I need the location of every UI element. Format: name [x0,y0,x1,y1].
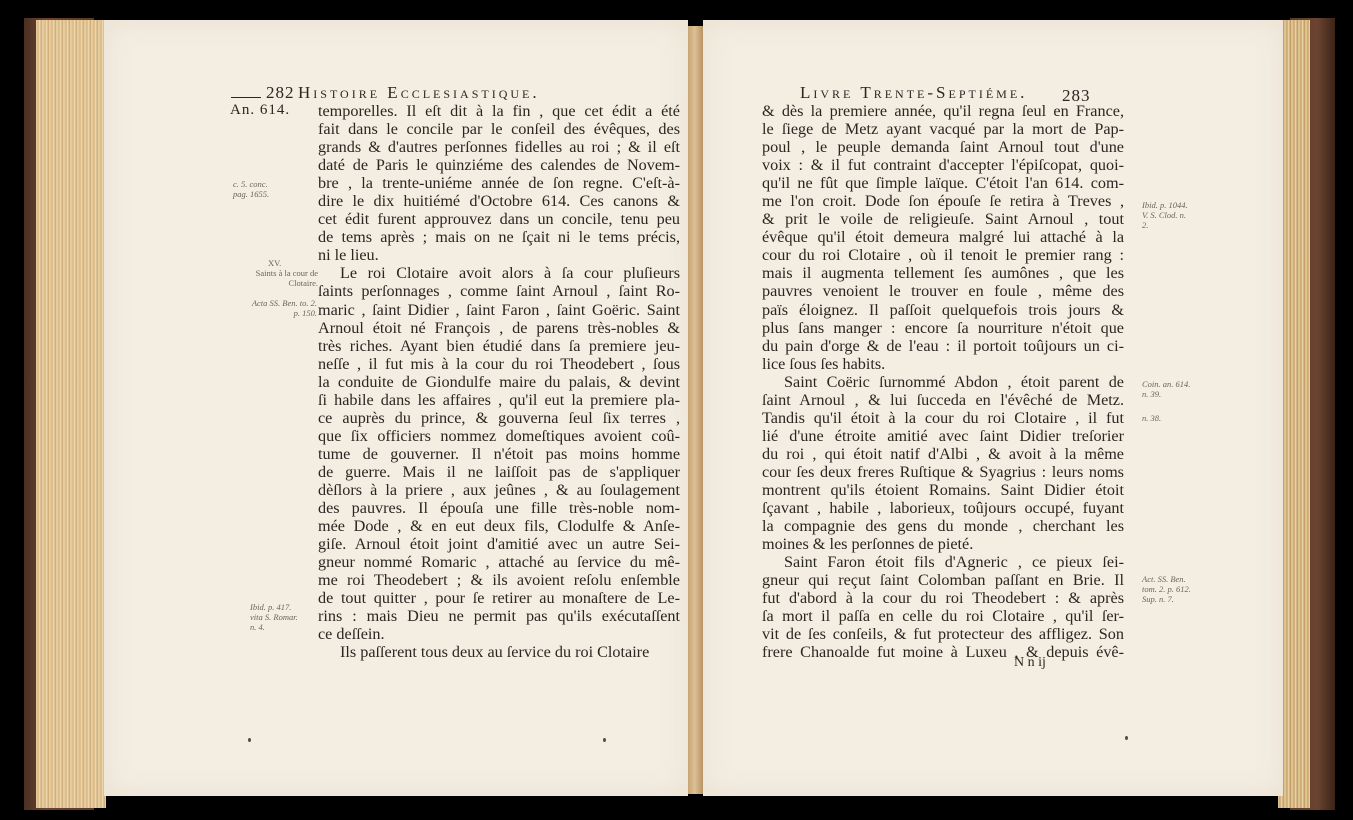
year-label: An. 614. [230,102,290,119]
text-line: Arnoul étoit né François , de parens trè… [318,319,680,337]
text-line: gneur qui reçut ſaint Colomban paſſant e… [762,571,1124,589]
text-line: ce deſſein. [318,625,680,643]
margin-note-section: XV. [268,258,298,268]
text-line: qu'il ne fût que ſimple laïque. C'étoit … [762,174,1124,192]
text-line: la conduite de Giondulfe maire du palais… [318,373,680,391]
text-line: neſſe , il fut mis à la cour du roi Theo… [318,355,680,373]
text-line: Tandis qu'il étoit à la cour du roi Clot… [762,409,1124,427]
text-line: cet édit furent approuvez dans un concil… [318,210,680,228]
margin-note-ref: Acta SS. Ben. to. 2. p. 150. [249,298,317,318]
text-line: mais il augmenta tellement ſes aumônes ,… [762,264,1124,282]
signature-mark: N n ij [1014,655,1046,671]
text-line: lice ſous ſes habits. [762,355,1124,373]
text-line: moines & les perſonnes de pieté. [762,535,1124,553]
text-line: de tems après ; mais on ne ſçait ni le t… [318,228,680,246]
text-line: giſe. Arnoul étoit joint d'amitié avec u… [318,535,680,553]
margin-note: n. 38. [1142,413,1192,423]
text-line: & prit le voile de religieuſe. Saint Arn… [762,210,1124,228]
left-page-body: temporelles. Il eſt dit à la fin , que c… [318,102,680,661]
text-line: des pauvres. Il épouſa une fille très-no… [318,499,680,517]
left-running-head-text: Histoire Ecclesiastique. [298,83,540,102]
margin-note: Act. SS. Ben. tom. 2. p. 612. Sup. n. 7. [1142,574,1198,604]
text-line: de guerre. Mais il ne laiſſoit pas de s'… [318,463,680,481]
text-line: fait dans le concile par le conſeil des … [318,120,680,138]
text-line: voix : & il fut contraint d'accepter l'é… [762,156,1124,174]
text-line: me l'on croit. Dode ſon épouſe ſe retira… [762,192,1124,210]
text-line: du pain d'orge & de l'eau : il portoit t… [762,337,1124,355]
right-running-head-text: Livre Trente-Septiéme. [800,83,1027,102]
text-line: ce auprès du prince, & gouverna ſeul ſix… [318,409,680,427]
text-line: montrent qu'ils étoient Romains. Saint D… [762,481,1124,499]
text-line: ſa mort il paſſa en celle du roi Clotair… [762,607,1124,625]
text-line: cour du roi Clotaire , où il tenoit le p… [762,246,1124,264]
text-line: que ſix officiers nommez domeſtiques avo… [318,427,680,445]
text-line: daté de Paris le quinziéme des calendes … [318,156,680,174]
text-line: cour ſes deux freres Ruſtique & Syagrius… [762,463,1124,481]
text-line: la compagnie des gens du monde , chercha… [762,517,1124,535]
paper-speck [1125,736,1128,740]
paper-speck [603,738,606,742]
text-line: du roi , qui étoit natif d'Albi , & avoi… [762,445,1124,463]
text-line: ſaint Arnoul , & lui ſucceda en l'évêché… [762,391,1124,409]
text-line: Saint Faron étoit fils d'Agneric , ce pi… [762,553,1124,571]
text-line: mée Dode , & en eut deux fils, Clodulfe … [318,517,680,535]
text-line: poul , le peuple demanda ſaint Arnoul to… [762,138,1124,156]
text-line: païs éloignez. Il paſſoit quelquefois tr… [762,301,1124,319]
text-line: me roi Theodebert ; & ils avoient reſolu… [318,571,680,589]
book-gutter [688,26,703,794]
text-line: ni le lieu. [318,246,680,264]
margin-note: c. 5. conc. pag. 1655. [233,179,273,199]
page-edges-left [36,20,106,808]
text-line: temporelles. Il eſt dit à la fin , que c… [318,102,680,120]
text-line: & dès la premiere année, qu'il regna ſeu… [762,102,1124,120]
text-line: plus ſans manger : encore ſa nourriture … [762,319,1124,337]
text-line: frere Chanoalde fut moine à Luxeu , & de… [762,643,1124,661]
right-running-head: Livre Trente-Septiéme. [800,83,1027,103]
text-line: dèſlors à la priere , aux jeûnes , & au … [318,481,680,499]
margin-note: Ibid. p. 1044. V. S. Clod. n. 2. [1142,200,1192,230]
text-line: dire le dix huitiémé d'Octobre 614. Ces … [318,192,680,210]
text-line: maric , ſaint Didier , ſaint Faron , ſai… [318,301,680,319]
text-line: gneur nommé Romaric , attaché au ſervice… [318,553,680,571]
text-line: vit de ſes conſeils, & fut protecteur de… [762,625,1124,643]
text-line: fut d'abord à la cour du roi Theodebert … [762,589,1124,607]
text-line: tume de gouverner. Il n'étoit pas moins … [318,445,680,463]
margin-note: Coin. an. 614. n. 39. [1142,379,1192,399]
text-line: Ils paſſerent tous deux au ſervice du ro… [318,643,680,661]
left-page-number: 282 [266,83,295,103]
text-line: lié d'une étroite amitié avec ſaint Didi… [762,427,1124,445]
text-line: ſçavant , habile , laborieux, toûjours o… [762,499,1124,517]
text-line: ſi habile dans les affaires , qu'il eut … [318,391,680,409]
text-line: pauvres venoient le trouver en foule , m… [762,282,1124,300]
text-line: ſaints perſonnages , comme ſaint Arnoul … [318,282,680,300]
margin-note: Ibid. p. 417. vita S. Romar. n. 4. [250,602,304,632]
text-line: le ſiege de Metz ayant vacqué par la mor… [762,120,1124,138]
text-line: évêque qu'il étoit demeura malgré lui at… [762,228,1124,246]
text-line: rins : mais Dieu ne permit pas qu'ils ex… [318,607,680,625]
text-line: Le roi Clotaire avoit alors à ſa cour pl… [318,264,680,282]
right-page-body: & dès la premiere année, qu'il regna ſeu… [762,102,1124,661]
left-running-head: Histoire Ecclesiastique. [298,83,540,103]
header-rule [231,97,261,98]
margin-note-title: Saints à la cour de Clotaire. [250,268,318,288]
text-line: Saint Coëric ſurnommé Abdon , étoit pare… [762,373,1124,391]
paper-speck [248,738,251,742]
text-line: de tout quitter , pour ſe retirer au mon… [318,589,680,607]
text-line: bre , la trente-uniéme année de ſon regn… [318,174,680,192]
text-line: grands & d'autres perſonnes fidelles au … [318,138,680,156]
text-line: très riches. Ayant bien étudié dans ſa p… [318,337,680,355]
